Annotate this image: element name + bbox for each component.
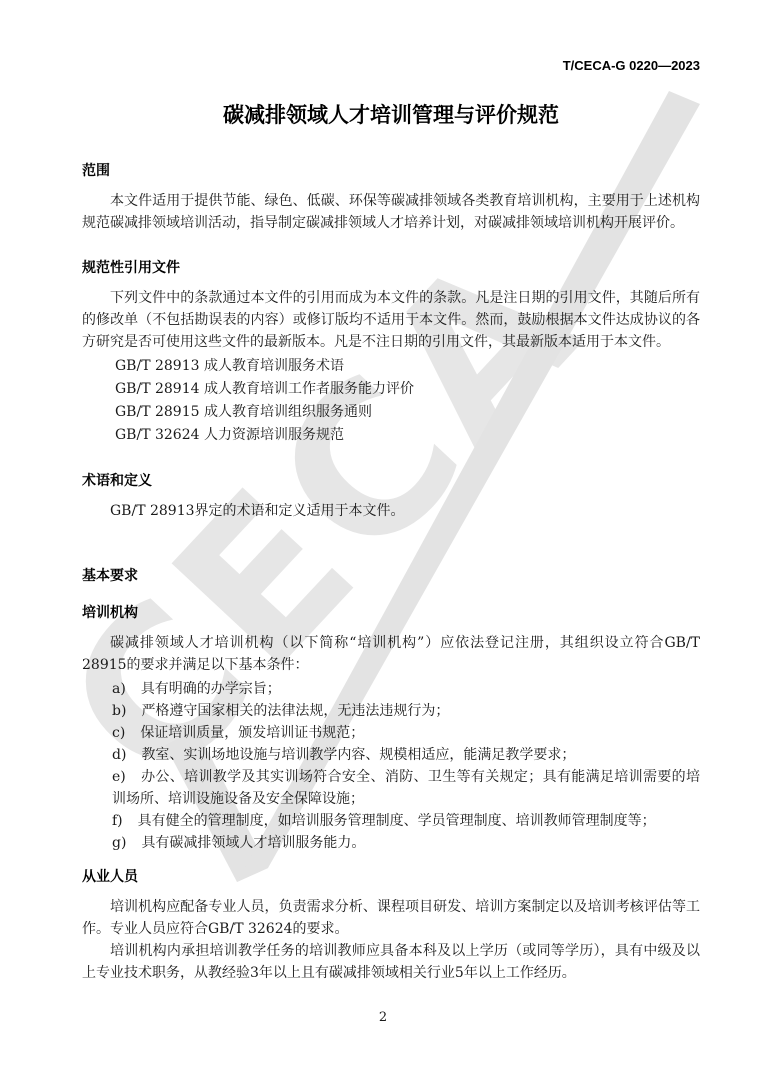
list-item-text: 办公、培训教学及其实训场符合安全、消防、卫生等有关规定；具有能满足培训需要的培训… bbox=[112, 769, 700, 807]
list-item-label: c) bbox=[112, 725, 125, 741]
list-item-label: f) bbox=[112, 813, 123, 829]
practitioners-paragraph: 培训机构内承担培训教学任务的培训教师应具备本科及以上学历（或同等学历），具有中级… bbox=[82, 940, 700, 984]
list-item-text: 具有明确的办学宗旨； bbox=[141, 681, 281, 697]
list-item-label: e) bbox=[112, 769, 126, 785]
practitioners-paragraph: 培训机构应配备专业人员，负责需求分析、课程项目研发、培训方案制定以及培训考核评估… bbox=[82, 896, 700, 940]
normative-references-intro: 下列文件中的条款通过本文件的引用而成为本文件的条款。凡是注日期的引用文件，其随后… bbox=[82, 287, 700, 353]
list-item: g)具有碳减排领域人才培训服务能力。 bbox=[82, 832, 700, 854]
list-item-text: 具有健全的管理制度，如培训服务管理制度、学员管理制度、培训教师管理制度等； bbox=[138, 813, 656, 829]
section-heading-normative-references: 规范性引用文件 bbox=[82, 258, 700, 276]
reference-item: GB/T 28914 成人教育培训工作者服务能力评价 bbox=[115, 378, 700, 401]
section-heading-training-institution: 培训机构 bbox=[82, 603, 700, 621]
list-item-text: 保证培训质量，颁发培训证书规范； bbox=[140, 725, 364, 741]
reference-item: GB/T 28915 成人教育培训组织服务通则 bbox=[115, 401, 700, 424]
list-item-label: g) bbox=[112, 835, 126, 851]
list-item: a)具有明确的办学宗旨； bbox=[82, 678, 700, 700]
list-item-label: a) bbox=[112, 681, 126, 697]
list-item-label: d) bbox=[112, 747, 126, 763]
document-page: CECA T/CECA-G 0220—2023 碳减排领域人才培训管理与评价规范… bbox=[0, 0, 766, 1087]
list-item: f)具有健全的管理制度，如培训服务管理制度、学员管理制度、培训教师管理制度等； bbox=[82, 810, 700, 832]
document-content: T/CECA-G 0220—2023 碳减排领域人才培训管理与评价规范 范围 本… bbox=[0, 0, 766, 984]
list-item-text: 具有碳减排领域人才培训服务能力。 bbox=[141, 835, 365, 851]
reference-list: GB/T 28913 成人教育培训服务术语 GB/T 28914 成人教育培训工… bbox=[82, 355, 700, 447]
document-title: 碳减排领域人才培训管理与评价规范 bbox=[82, 99, 700, 129]
list-item: b)严格遵守国家相关的法律法规，无违法违规行为； bbox=[82, 700, 700, 722]
standard-code: T/CECA-G 0220—2023 bbox=[82, 58, 700, 73]
list-item-label: b) bbox=[112, 703, 126, 719]
section-heading-scope: 范围 bbox=[82, 161, 700, 179]
training-institution-intro: 碳减排领域人才培训机构（以下简称“培训机构”）应依法登记注册，其组织设立符合GB… bbox=[82, 632, 700, 676]
list-item: e)办公、培训教学及其实训场符合安全、消防、卫生等有关规定；具有能满足培训需要的… bbox=[82, 766, 700, 810]
condition-list: a)具有明确的办学宗旨； b)严格遵守国家相关的法律法规，无违法违规行为； c)… bbox=[82, 678, 700, 854]
page-number: 2 bbox=[0, 1010, 766, 1025]
scope-paragraph: 本文件适用于提供节能、绿色、低碳、环保等碳减排领域各类教育培训机构，主要用于上述… bbox=[82, 190, 700, 234]
list-item-text: 教室、实训场地设施与培训教学内容、规模相适应，能满足教学要求； bbox=[141, 747, 575, 763]
reference-item: GB/T 32624 人力资源培训服务规范 bbox=[115, 424, 700, 447]
list-item: c)保证培训质量，颁发培训证书规范； bbox=[82, 722, 700, 744]
section-heading-terms: 术语和定义 bbox=[82, 471, 700, 489]
section-heading-basic-requirements: 基本要求 bbox=[82, 566, 700, 584]
list-item-text: 严格遵守国家相关的法律法规，无违法违规行为； bbox=[141, 703, 449, 719]
reference-item: GB/T 28913 成人教育培训服务术语 bbox=[115, 355, 700, 378]
terms-paragraph: GB/T 28913界定的术语和定义适用于本文件。 bbox=[82, 500, 700, 522]
list-item: d)教室、实训场地设施与培训教学内容、规模相适应，能满足教学要求； bbox=[82, 744, 700, 766]
section-heading-practitioners: 从业人员 bbox=[82, 867, 700, 885]
